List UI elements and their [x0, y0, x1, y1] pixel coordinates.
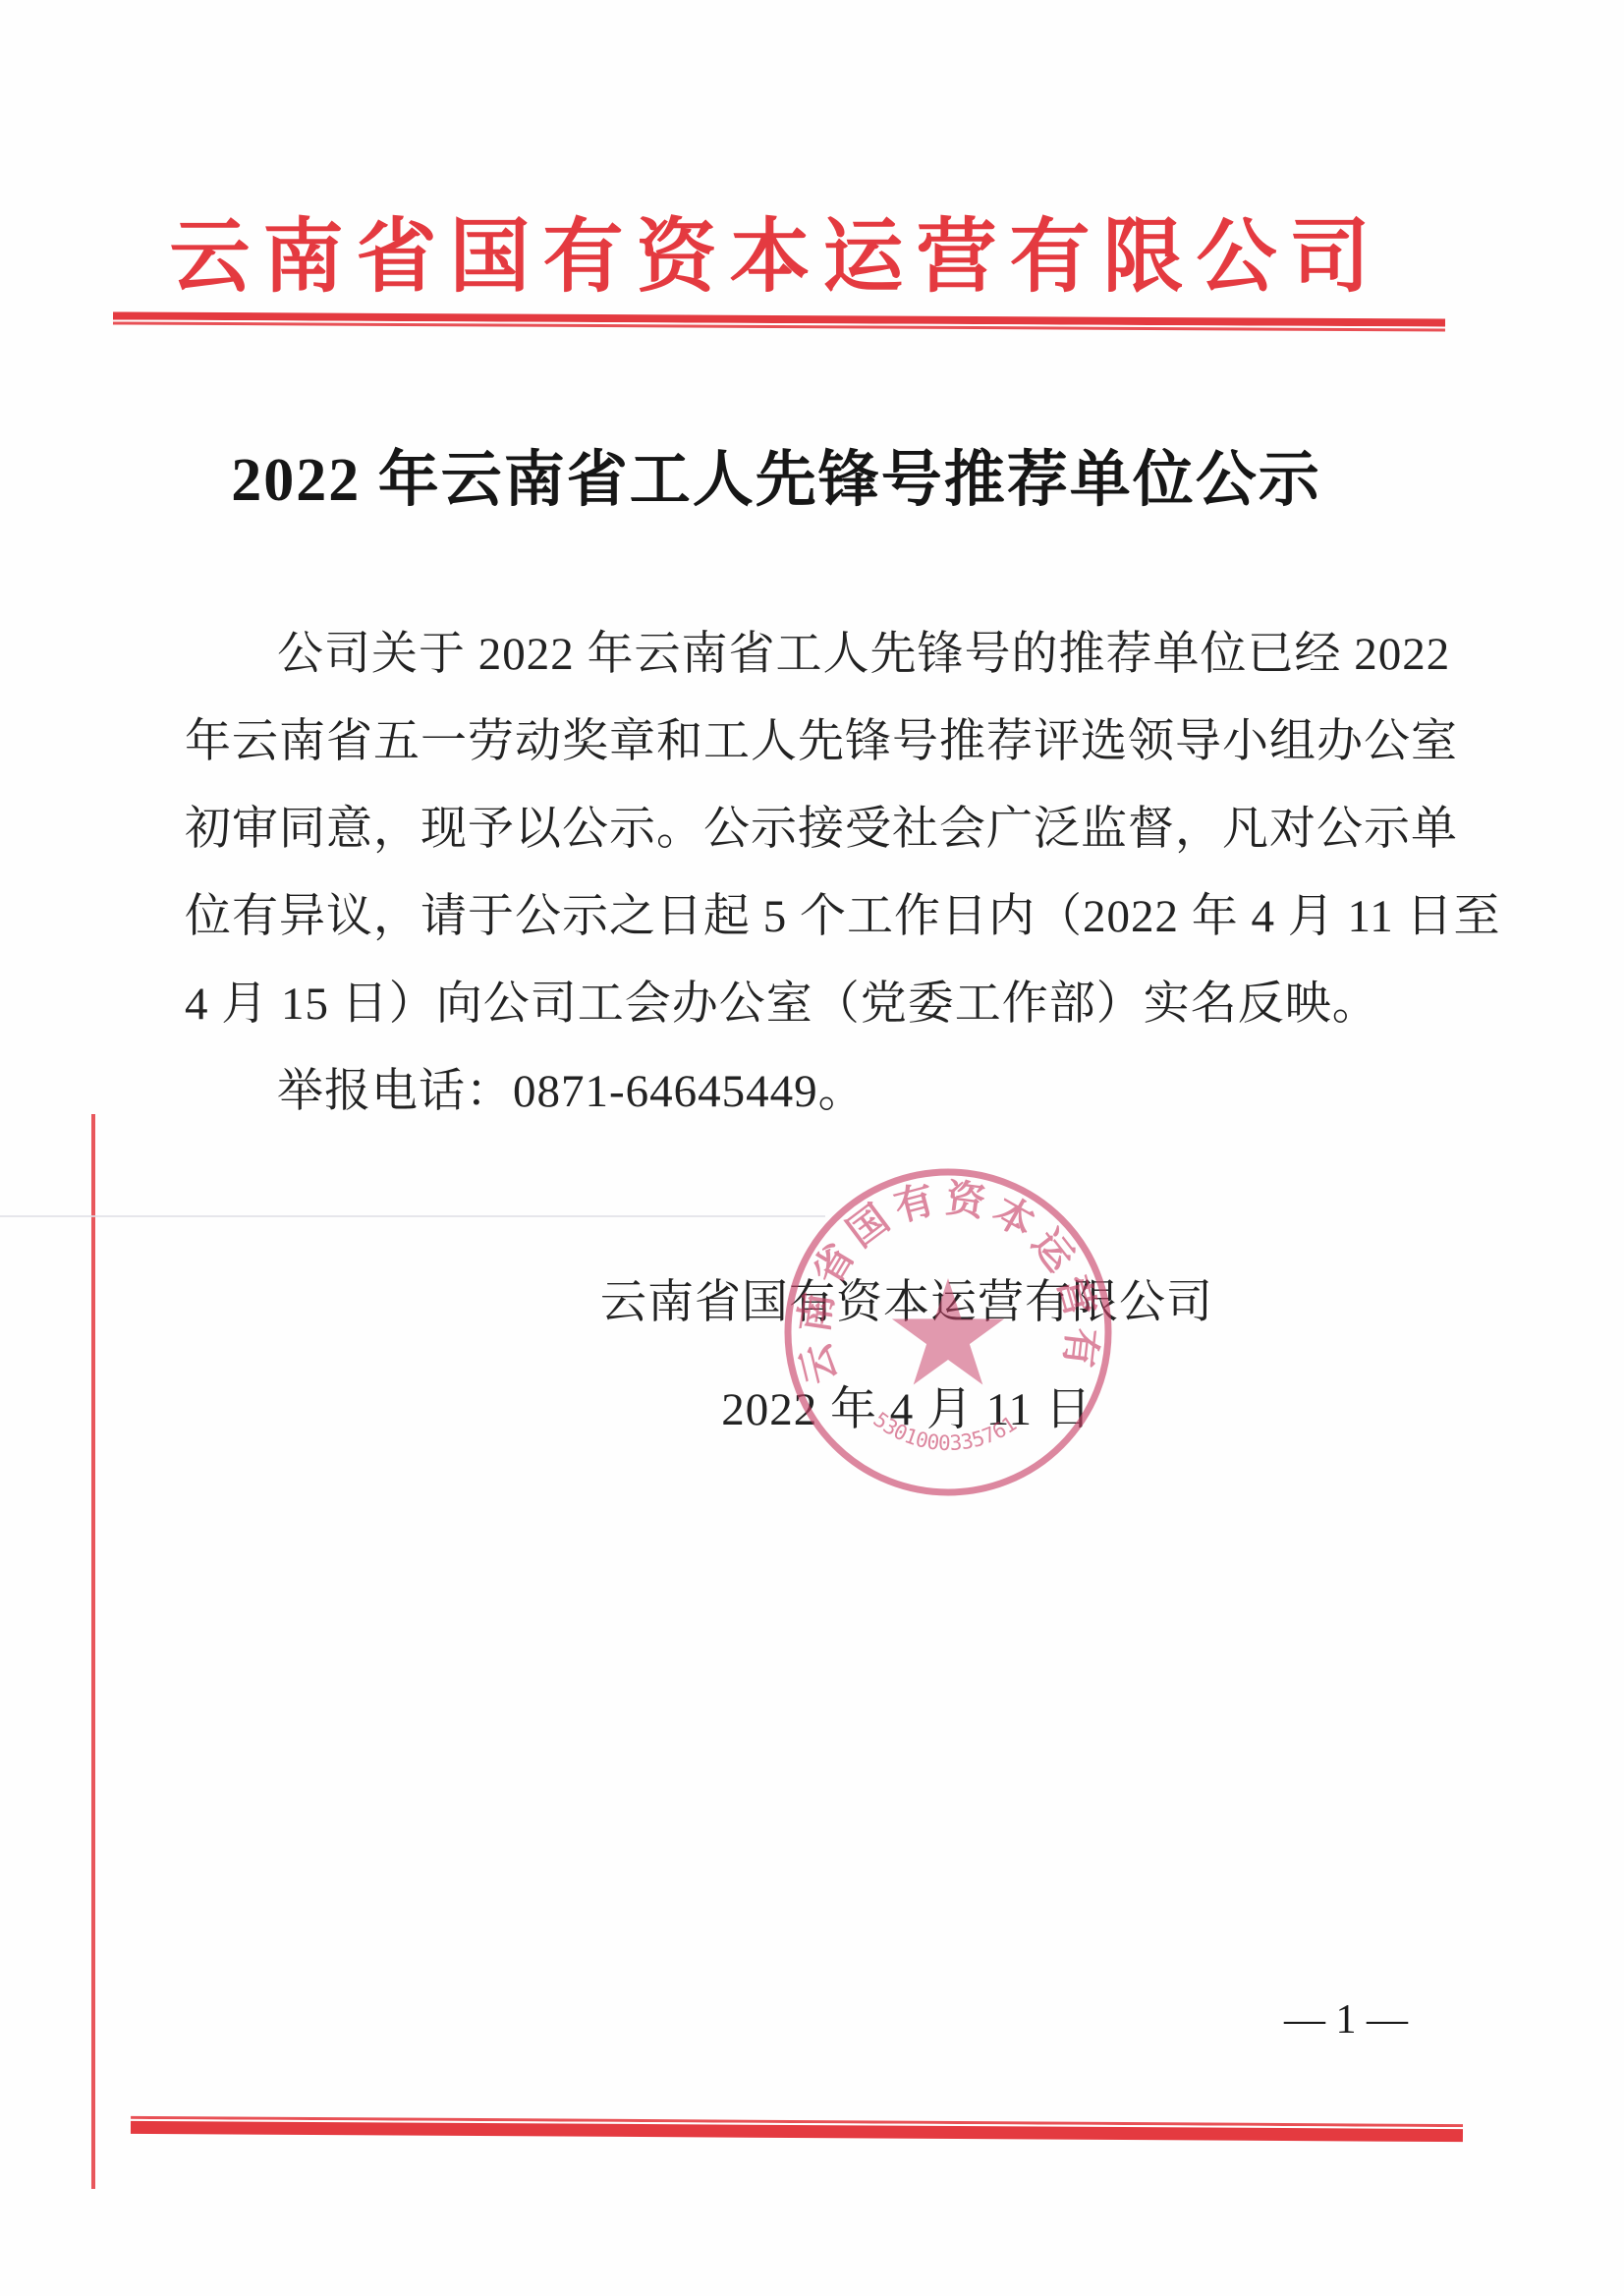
body-line: 公司关于 2022 年云南省工人先锋号的推荐单位已经 2022 — [185, 611, 1438, 699]
letterhead-rule — [113, 311, 1445, 331]
body-line: 4 月 15 日）向公司工会办公室（党委工作部）实名反映。 — [185, 961, 1438, 1048]
page-number: — 1 — — [1267, 1996, 1425, 2044]
body-line: 位有异议，请于公示之日起 5 个工作日内（2022 年 4 月 11 日至 — [185, 873, 1438, 961]
signature-company: 云南省国有资本运营有限公司 — [533, 1265, 1280, 1331]
body-line: 初审同意，现予以公示。公示接受社会广泛监督，凡对公示单 — [185, 786, 1438, 873]
body-line: 年云南省五一劳动奖章和工人先锋号推荐评选领导小组办公室 — [185, 699, 1438, 786]
document-title: 2022 年云南省工人先锋号推荐单位公示 — [0, 430, 1552, 518]
footer-rule — [131, 2116, 1463, 2142]
scan-streak-artifact — [0, 1215, 825, 1217]
left-red-edge-artifact — [91, 1114, 95, 2189]
document-page: 云南省国有资本运营有限公司 2022 年云南省工人先锋号推荐单位公示 公司关于 … — [0, 0, 1624, 2296]
signature-date: 2022 年 4 月 11 日 — [533, 1372, 1280, 1438]
letterhead-title: 云南省国有资本运营有限公司 — [0, 193, 1552, 308]
hotline-line: 举报电话：0871-64645449。 — [185, 1048, 1438, 1136]
body-text: 公司关于 2022 年云南省工人先锋号的推荐单位已经 2022 年云南省五一劳动… — [185, 611, 1438, 1136]
signature-block: 云南省国有资本运营有限公司 2022 年 4 月 11 日 — [533, 1265, 1280, 1438]
